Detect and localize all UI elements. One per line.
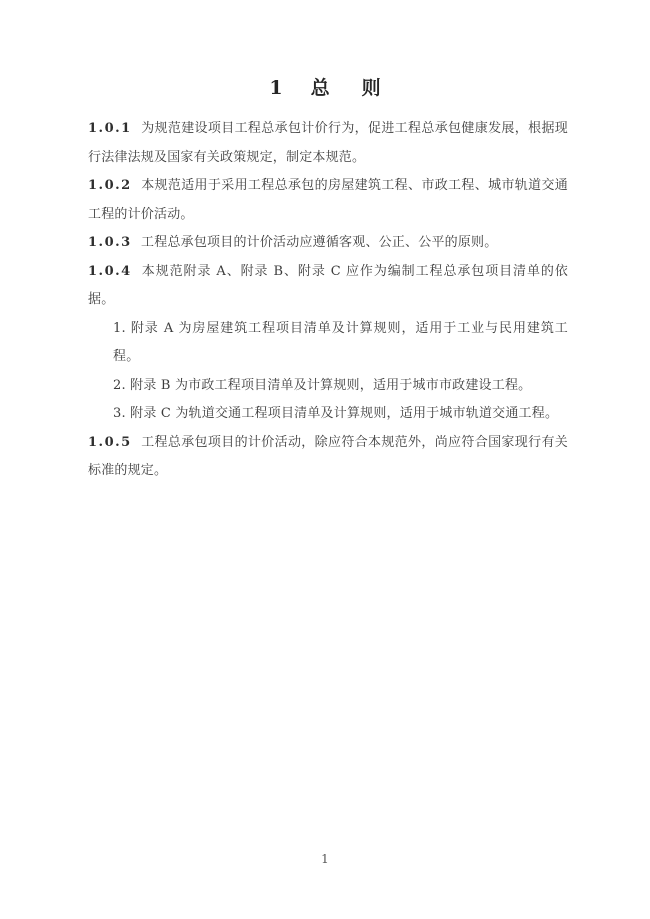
clause-1-0-3: 1.0.3 工程总承包项目的计价活动应遵循客观、公正、公平的原则。 — [88, 229, 568, 258]
appendix-item-b: 2. 附录 B 为市政工程项目清单及计算规则，适用于城市市政建设工程。 — [88, 372, 568, 401]
clause-text: 本规范附录 A、附录 B、附录 C 应作为编制工程总承包项目清单的依据。 — [88, 264, 568, 308]
clause-1-0-2: 1.0.2 本规范适用于采用工程总承包的房屋建筑工程、市政工程、城市轨道交通工程… — [88, 172, 568, 229]
document-page: 1 总 则 1.0.1 为规范建设项目工程总承包计价行为，促进工程总承包健康发展… — [0, 0, 650, 919]
clause-number: 1.0.2 — [88, 178, 132, 193]
clause-list: 1.0.1 为规范建设项目工程总承包计价行为，促进工程总承包健康发展，根据现行法… — [88, 115, 568, 486]
clause-text: 工程总承包项目的计价活动应遵循客观、公正、公平的原则。 — [141, 235, 497, 250]
chapter-title: 1 总 则 — [0, 76, 650, 100]
clause-1-0-5: 1.0.5 工程总承包项目的计价活动，除应符合本规范外，尚应符合国家现行有关标准… — [88, 429, 568, 486]
clause-1-0-1: 1.0.1 为规范建设项目工程总承包计价行为，促进工程总承包健康发展，根据现行法… — [88, 115, 568, 172]
clause-text: 为规范建设项目工程总承包计价行为，促进工程总承包健康发展，根据现行法律法规及国家… — [88, 121, 568, 165]
clause-text: 工程总承包项目的计价活动，除应符合本规范外，尚应符合国家现行有关标准的规定。 — [88, 435, 568, 479]
appendix-item-a: 1. 附录 A 为房屋建筑工程项目清单及计算规则，适用于工业与民用建筑工程。 — [88, 315, 568, 372]
chapter-title-char-1: 总 — [311, 76, 330, 100]
page-number: 1 — [0, 851, 650, 867]
clause-number: 1.0.1 — [88, 121, 132, 136]
clause-number: 1.0.5 — [88, 435, 132, 450]
chapter-title-char-2: 则 — [362, 76, 381, 100]
clause-1-0-4: 1.0.4 本规范附录 A、附录 B、附录 C 应作为编制工程总承包项目清单的依… — [88, 258, 568, 315]
chapter-number: 1 — [269, 76, 282, 100]
clause-number: 1.0.4 — [88, 264, 132, 279]
clause-number: 1.0.3 — [88, 235, 132, 250]
clause-text: 本规范适用于采用工程总承包的房屋建筑工程、市政工程、城市轨道交通工程的计价活动。 — [88, 178, 568, 222]
appendix-item-c: 3. 附录 C 为轨道交通工程项目清单及计算规则，适用于城市轨道交通工程。 — [88, 400, 568, 429]
